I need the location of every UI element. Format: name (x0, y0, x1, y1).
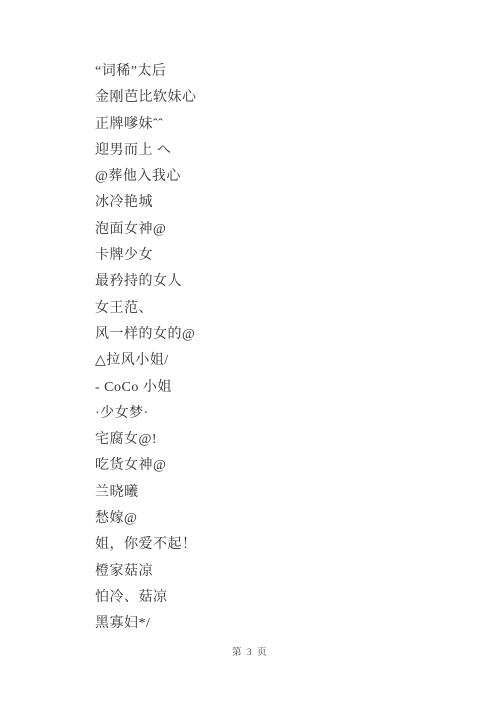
text-line: 冰冷艳城 (95, 190, 480, 216)
text-line: 吃货女神@ (95, 453, 480, 479)
text-line: 宅腐女@! (95, 427, 480, 453)
text-line: 金刚芭比软妹心 (95, 85, 480, 111)
text-line: 兰晓曦 (95, 480, 480, 506)
text-line: 卡牌少女 (95, 243, 480, 269)
text-line: 泡面女神@ (95, 217, 480, 243)
text-line: “词稀”太后 (95, 59, 480, 85)
text-line: △拉风小姐/ (95, 348, 480, 374)
text-line: - CoCo 小姐 (95, 375, 480, 401)
text-line: 最矜持的女人 (95, 269, 480, 295)
text-line: @葬他入我心 (95, 164, 480, 190)
text-line: 黑寡妇*/ (95, 611, 480, 637)
text-line: 橙家菇凉 (95, 559, 480, 585)
text-line: 愁嫁@ (95, 506, 480, 532)
text-line: 姐，你爱不起！ (95, 532, 480, 558)
page-number-footer: 第 3 页 (0, 646, 500, 660)
text-line: 正牌嗲妹ˆˆ (95, 112, 480, 138)
text-line: 女王范、 (95, 296, 480, 322)
text-line: ·少女梦· (95, 401, 480, 427)
name-list: “词稀”太后 金刚芭比软妹心 正牌嗲妹ˆˆ 迎男而上 へ @葬他入我心 冰冷艳城… (95, 59, 480, 638)
text-line: 迎男而上 へ (95, 138, 480, 164)
text-line: 风一样的女的@ (95, 322, 480, 348)
document-page: “词稀”太后 金刚芭比软妹心 正牌嗲妹ˆˆ 迎男而上 へ @葬他入我心 冰冷艳城… (0, 0, 500, 708)
text-line: 怕冷、菇凉 (95, 585, 480, 611)
